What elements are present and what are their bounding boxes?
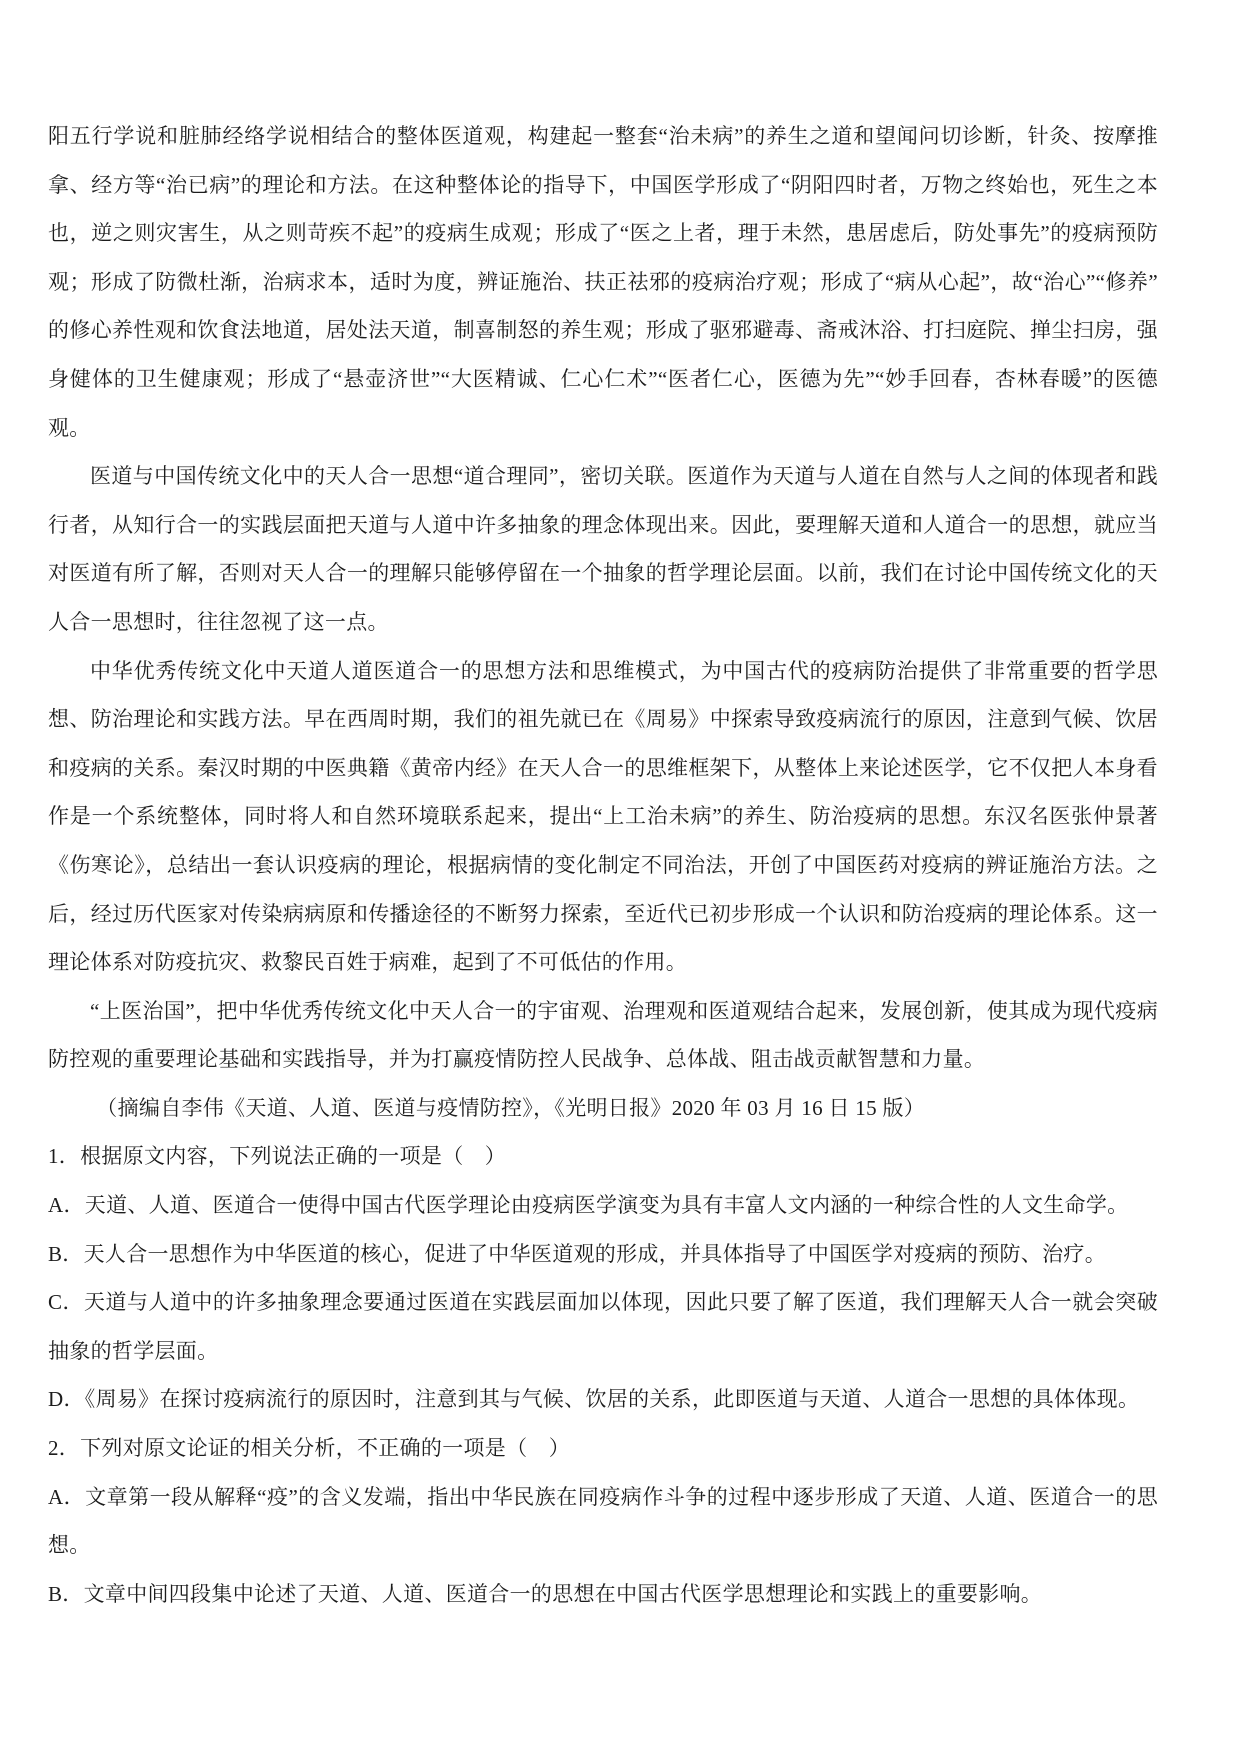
passage-paragraph-4: “上医治国”，把中华优秀传统文化中天人合一的宇宙观、治理观和医道观结合起来，发展… — [48, 987, 1158, 1084]
question-1-option-c: C．天道与人道中的许多抽象理念要通过医道在实践层面加以体现，因此只要了解了医道，… — [48, 1278, 1158, 1375]
passage-citation: （摘编自李伟《天道、人道、医道与疫情防控》，《光明日报》2020 年 03 月 … — [48, 1084, 1158, 1133]
exam-scan-page: 阳五行学说和脏肺经络学说相结合的整体医道观，构建起一整套“治未病”的养生之道和望… — [0, 0, 1240, 1753]
question-1-option-b: B．天人合一思想作为中华医道的核心，促进了中华医道观的形成，并具体指导了中国医学… — [48, 1230, 1158, 1279]
question-2-stem: 2．下列对原文论证的相关分析，不正确的一项是（ ） — [48, 1424, 1158, 1473]
question-1-option-a: A．天道、人道、医道合一使得中国古代医学理论由疫病医学演变为具有丰富人文内涵的一… — [48, 1181, 1158, 1230]
question-1-stem: 1．根据原文内容，下列说法正确的一项是（ ） — [48, 1132, 1158, 1181]
question-2: 2．下列对原文论证的相关分析，不正确的一项是（ ） A．文章第一段从解释“疫”的… — [48, 1424, 1158, 1618]
question-1: 1．根据原文内容，下列说法正确的一项是（ ） A．天道、人道、医道合一使得中国古… — [48, 1132, 1158, 1424]
passage-paragraph-3: 中华优秀传统文化中天道人道医道合一的思想方法和思维模式，为中国古代的疫病防治提供… — [48, 647, 1158, 987]
passage-paragraph-1: 阳五行学说和脏肺经络学说相结合的整体医道观，构建起一整套“治未病”的养生之道和望… — [48, 112, 1158, 452]
question-2-option-b: B．文章中间四段集中论述了天道、人道、医道合一的思想在中国古代医学思想理论和实践… — [48, 1570, 1158, 1619]
question-1-option-d: D．《周易》在探讨疫病流行的原因时，注意到其与气候、饮居的关系，此即医道与天道、… — [48, 1375, 1158, 1424]
reading-passage: 阳五行学说和脏肺经络学说相结合的整体医道观，构建起一整套“治未病”的养生之道和望… — [48, 112, 1158, 1132]
document-content: 阳五行学说和脏肺经络学说相结合的整体医道观，构建起一整套“治未病”的养生之道和望… — [48, 112, 1158, 1618]
passage-paragraph-2: 医道与中国传统文化中的天人合一思想“道合理同”，密切关联。医道作为天道与人道在自… — [48, 452, 1158, 646]
question-2-option-a: A．文章第一段从解释“疫”的含义发端，指出中华民族在同疫病作斗争的过程中逐步形成… — [48, 1473, 1158, 1570]
